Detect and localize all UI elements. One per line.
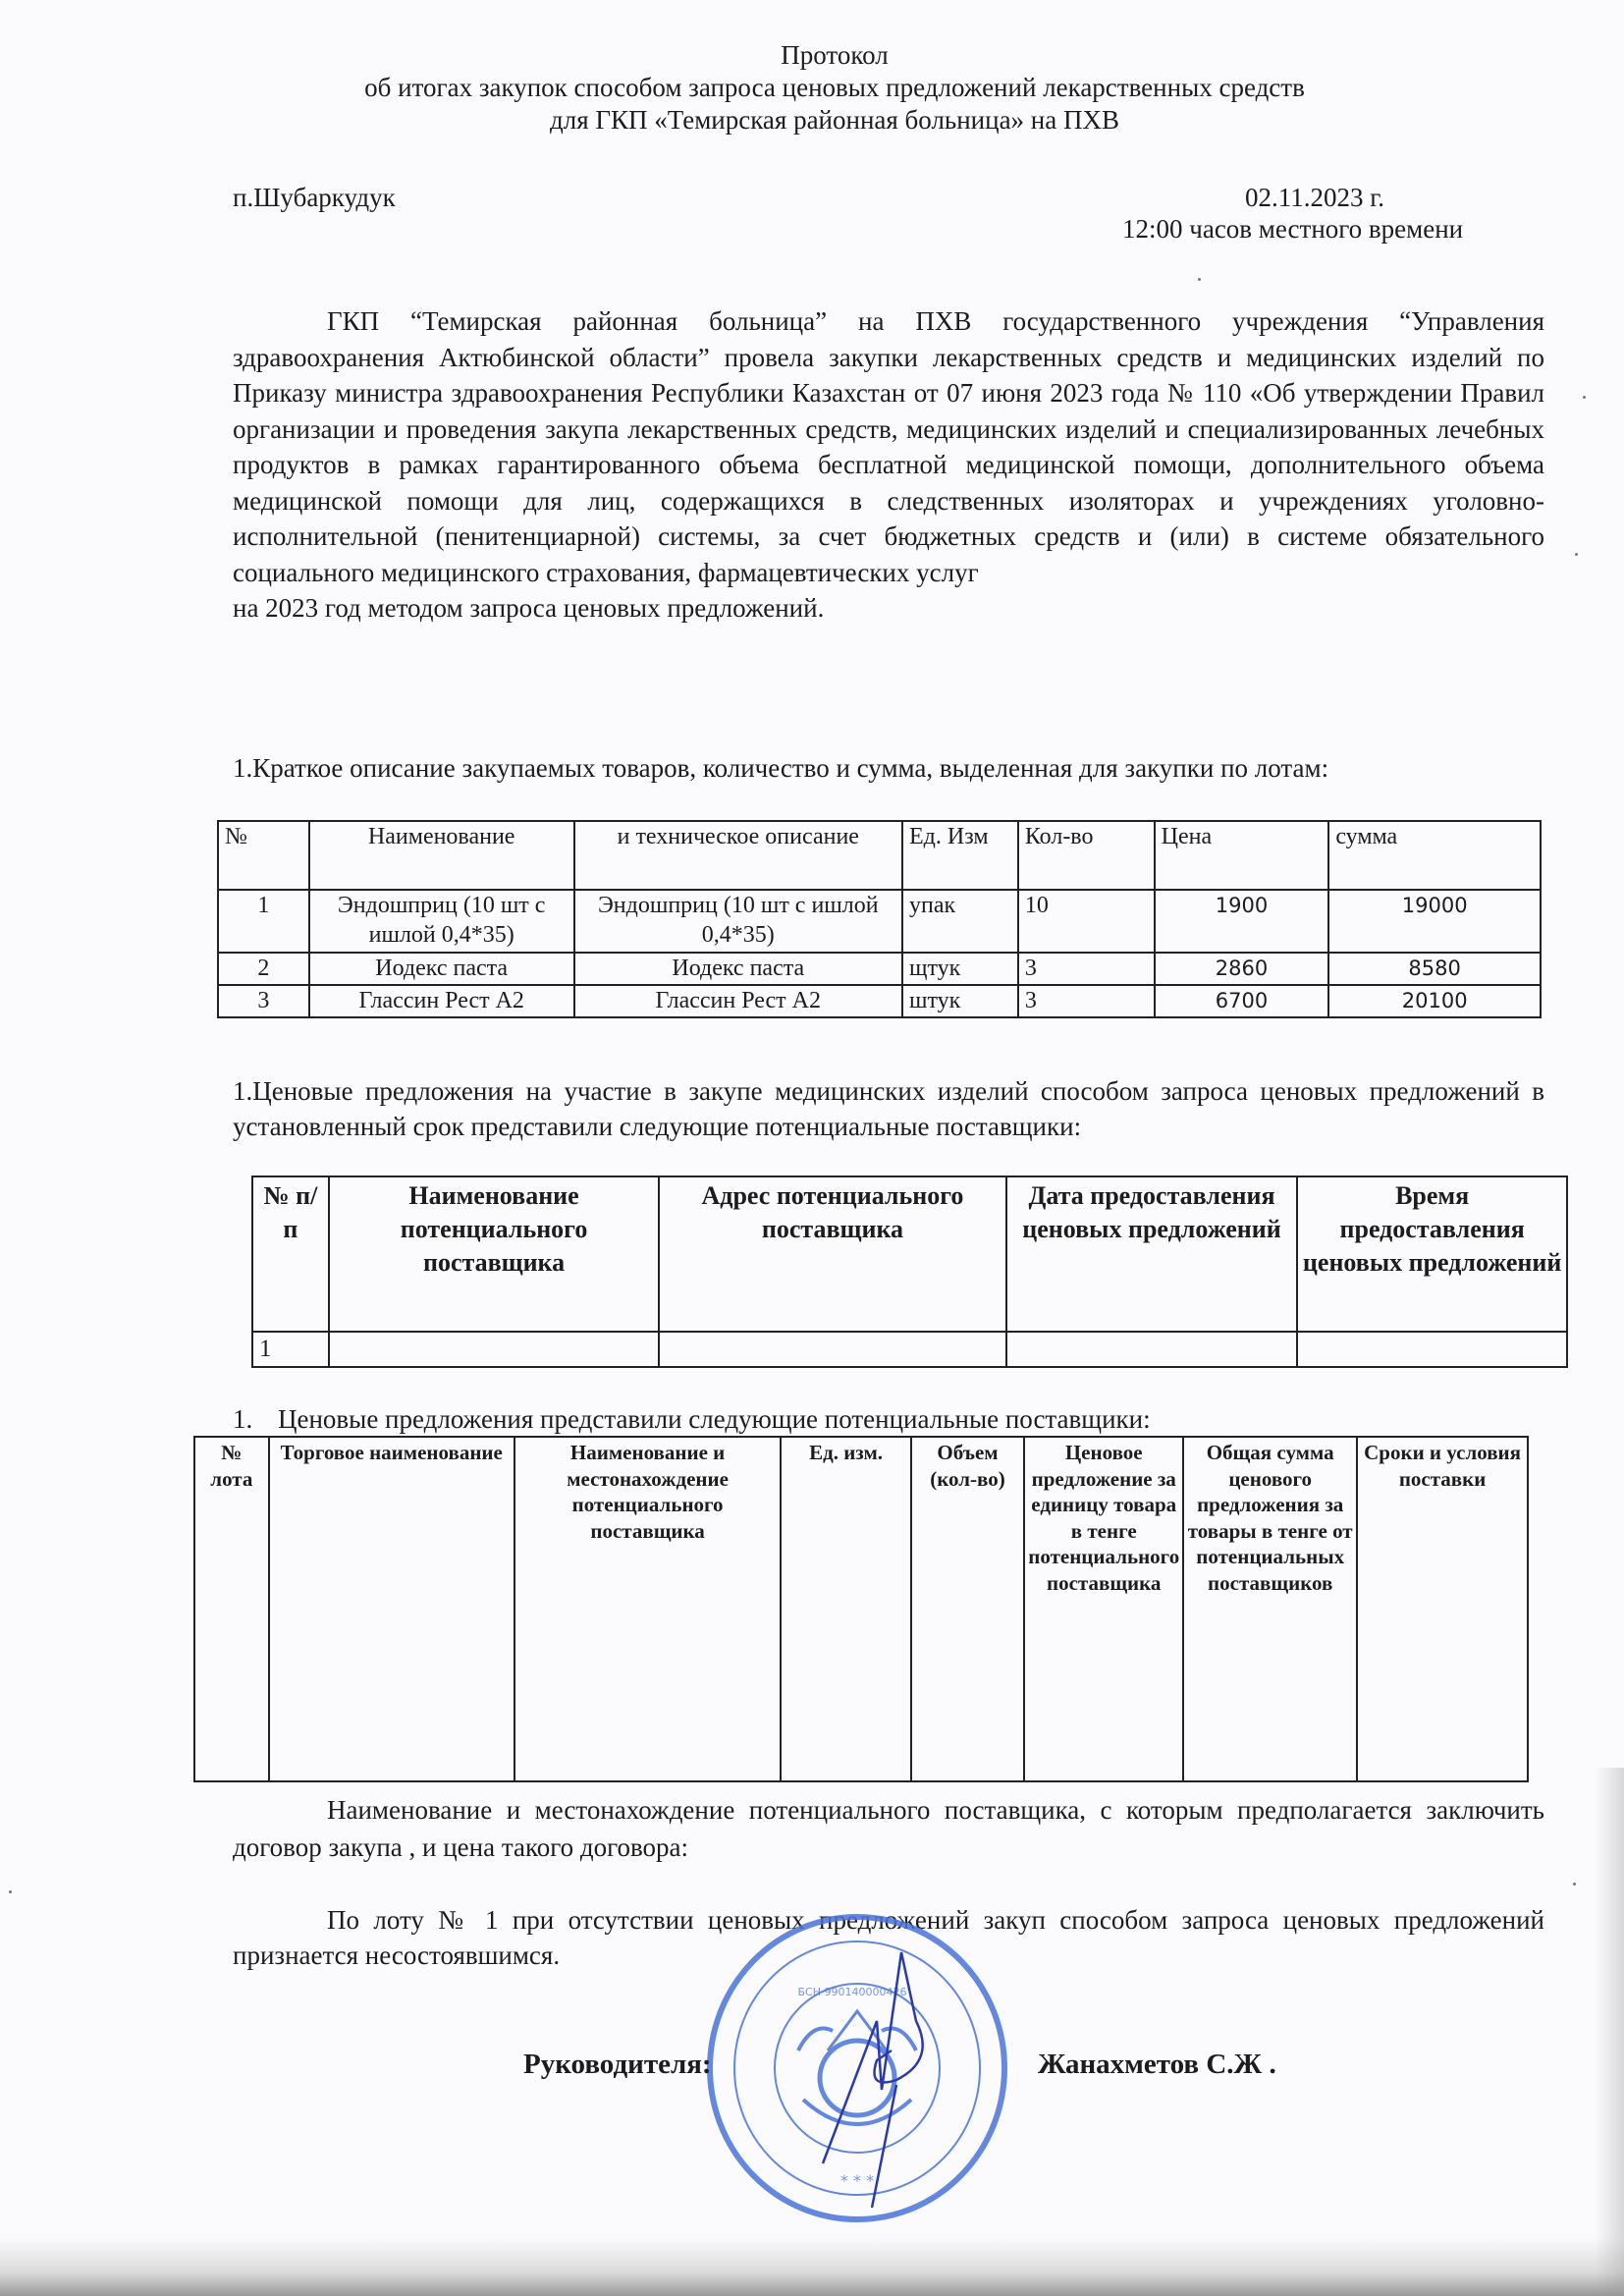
table-row: 3 Глассин Рест А2 Глассин Рест А2 штук 3… (218, 985, 1541, 1017)
scan-speck (9, 1890, 12, 1893)
scan-speck (1575, 553, 1578, 556)
scan-bottom-shadow (0, 2237, 1624, 2296)
title-line-2: об итогах закупок способом запроса ценов… (196, 72, 1473, 104)
cell-no: 3 (218, 985, 309, 1017)
cell-sum: 20100 (1328, 985, 1541, 1017)
price-offers-table: № лота Торговое наименование Наименовани… (193, 1436, 1529, 1782)
section2-heading: 1.Ценовые предложения на участие в закуп… (233, 1073, 1544, 1144)
col-header-qty: Кол-во (1018, 821, 1155, 890)
conclusion-paragraph: Наименование и местонахождение потенциал… (233, 1791, 1544, 1866)
document-title: Протокол об итогах закупок способом запр… (196, 39, 1473, 137)
cell-supplier-address (659, 1332, 1005, 1367)
section1-heading: 1.Краткое описание закупаемых товаров, к… (233, 750, 1544, 786)
svg-text:БСН 990140000426: БСН 990140000426 (798, 1986, 907, 1998)
table-header-row: № Наименование и техническое описание Ед… (218, 821, 1541, 890)
col-header-volume: Объем (кол-во) (911, 1437, 1025, 1781)
suppliers-table: № п/п Наименование потенциального постав… (251, 1175, 1568, 1368)
cell-no: 1 (218, 890, 309, 953)
cell-price: 6700 (1155, 985, 1329, 1017)
col-header-name: Наименование (309, 821, 574, 890)
document-time: 12:00 часов местного времени (1122, 214, 1463, 245)
cell-description: Иодекс паста (574, 953, 902, 985)
table-row: 2 Иодекс паста Иодекс паста щтук 3 2860 … (218, 953, 1541, 985)
cell-name: Глассин Рест А2 (309, 985, 574, 1017)
col-header-total-price: Общая сумма ценового предложения за това… (1183, 1437, 1357, 1781)
col-header-unit: Ед. Изм (902, 821, 1018, 890)
col-header-price: Цена (1155, 821, 1329, 890)
table-row: 1 (252, 1332, 1567, 1367)
col-header-submission-date: Дата предоставления ценовых предложений (1006, 1176, 1298, 1332)
cell-name: Эндошприц (10 шт с ишлой 0,4*35) (309, 890, 574, 953)
cell-unit: штук (902, 985, 1018, 1017)
cell-unit: щтук (902, 953, 1018, 985)
intro-paragraph: ГКП “Темирская районная больница” на ПХВ… (233, 303, 1544, 627)
col-header-delivery-terms: Сроки и условия поставки (1357, 1437, 1528, 1781)
col-header-submission-time: Время предоставления ценовых предложений (1297, 1176, 1567, 1332)
table-row: 1 Эндошприц (10 шт с ишлой 0,4*35) Эндош… (218, 890, 1541, 953)
signatory-label: Руководителя: (523, 2049, 712, 2081)
cell-description: Глассин Рест А2 (574, 985, 902, 1017)
lots-table: № Наименование и техническое описание Ед… (217, 820, 1542, 1018)
document-date: 02.11.2023 г. (1245, 183, 1384, 213)
col-header-description: и техническое описание (574, 821, 902, 890)
cell-price: 2860 (1155, 953, 1329, 985)
col-header-unit: Ед. изм. (781, 1437, 910, 1781)
col-header-unit-price: Ценовое предложение за единицу товара в … (1024, 1437, 1183, 1781)
cell-sum: 8580 (1328, 953, 1541, 985)
table-header-row: № п/п Наименование потенциального постав… (252, 1176, 1567, 1332)
cell-no: 2 (218, 953, 309, 985)
col-header-no: № п/п (252, 1176, 329, 1332)
conclusion-text: Наименование и местонахождение потенциал… (233, 1795, 1544, 1862)
table-header-row: № лота Торговое наименование Наименовани… (194, 1437, 1528, 1781)
cell-sum: 19000 (1328, 890, 1541, 953)
signatory-name: Жанахметов С.Ж . (1038, 2049, 1276, 2081)
svg-text:* * *: * * * (840, 2171, 874, 2190)
col-header-supplier-address: Адрес потенциального поставщика (659, 1176, 1005, 1332)
list-marker: 1. (233, 1401, 278, 1437)
scan-speck (1198, 278, 1201, 281)
col-header-supplier-name: Наименование потенциального поставщика (329, 1176, 659, 1332)
official-stamp-icon: * * * БСН 990140000426 (705, 1913, 1009, 2223)
cell-name: Иодекс паста (309, 953, 574, 985)
cell-unit: упак (902, 890, 1018, 953)
section3-heading: 1.Ценовые предложения представили следую… (233, 1401, 1151, 1437)
cell-price: 1900 (1155, 890, 1329, 953)
intro-text: ГКП “Темирская районная больница” на ПХВ… (233, 306, 1544, 587)
cell-qty: 10 (1018, 890, 1155, 953)
scan-speck (1573, 1883, 1576, 1886)
title-line-3: для ГКП «Темирская районная больница» на… (196, 104, 1473, 137)
col-header-trade-name: Торговое наименование (269, 1437, 514, 1781)
scan-edge-shadow (1595, 1768, 1624, 2296)
col-header-lot-no: № лота (194, 1437, 269, 1781)
section3-heading-text: Ценовые предложения представили следующи… (278, 1404, 1151, 1434)
col-header-sum: сумма (1328, 821, 1541, 890)
title-line-1: Протокол (196, 39, 1473, 72)
col-header-no: № (218, 821, 309, 890)
cell-submission-time (1297, 1332, 1567, 1367)
cell-qty: 3 (1018, 953, 1155, 985)
col-header-supplier: Наименование и местонахождение потенциал… (514, 1437, 782, 1781)
cell-no: 1 (252, 1332, 329, 1367)
cell-submission-date (1006, 1332, 1298, 1367)
cell-qty: 3 (1018, 985, 1155, 1017)
place: п.Шубаркудук (233, 183, 396, 213)
intro-text-last: на 2023 год методом запроса ценовых пред… (233, 590, 1544, 627)
cell-description: Эндошприц (10 шт с ишлой 0,4*35) (574, 890, 902, 953)
scan-speck (1583, 396, 1586, 399)
cell-supplier-name (329, 1332, 659, 1367)
